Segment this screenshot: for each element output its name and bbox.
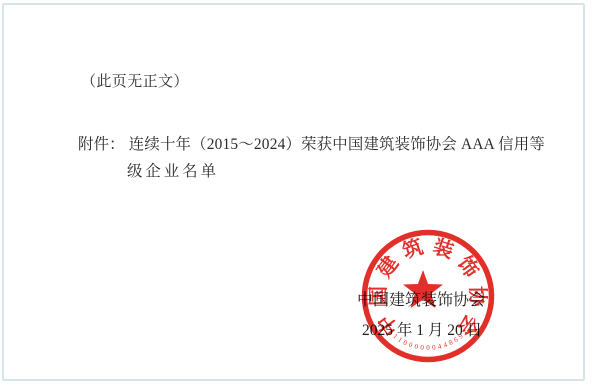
attachment-line-2: 级企业名单	[127, 159, 219, 181]
signature-date: 2025 年 1 月 20 日	[362, 318, 482, 340]
seal-glyph: 0	[420, 344, 425, 352]
attachment-line-1: 附件：连续十年（2015～2024）荣获中国建筑装饰协会 AAA 信用等	[78, 132, 545, 154]
seal-glyph: 0	[414, 342, 420, 351]
signature-org-name: 中国建筑装饰协会	[357, 287, 485, 310]
seal-glyph: 4	[437, 342, 443, 351]
attachment-label: 附件：	[78, 136, 125, 153]
seal-glyph: 0	[408, 341, 414, 350]
seal-glyph: 0	[432, 343, 437, 351]
seal-glyph: 0	[426, 344, 430, 352]
no-body-text-note: （此页无正文）	[81, 70, 189, 91]
attachment-title-text: 连续十年（2015～2024）荣获中国建筑装饰协会 AAA 信用等	[129, 136, 545, 153]
document-page: （此页无正文） 附件：连续十年（2015～2024）荣获中国建筑装饰协会 AAA…	[0, 0, 600, 387]
